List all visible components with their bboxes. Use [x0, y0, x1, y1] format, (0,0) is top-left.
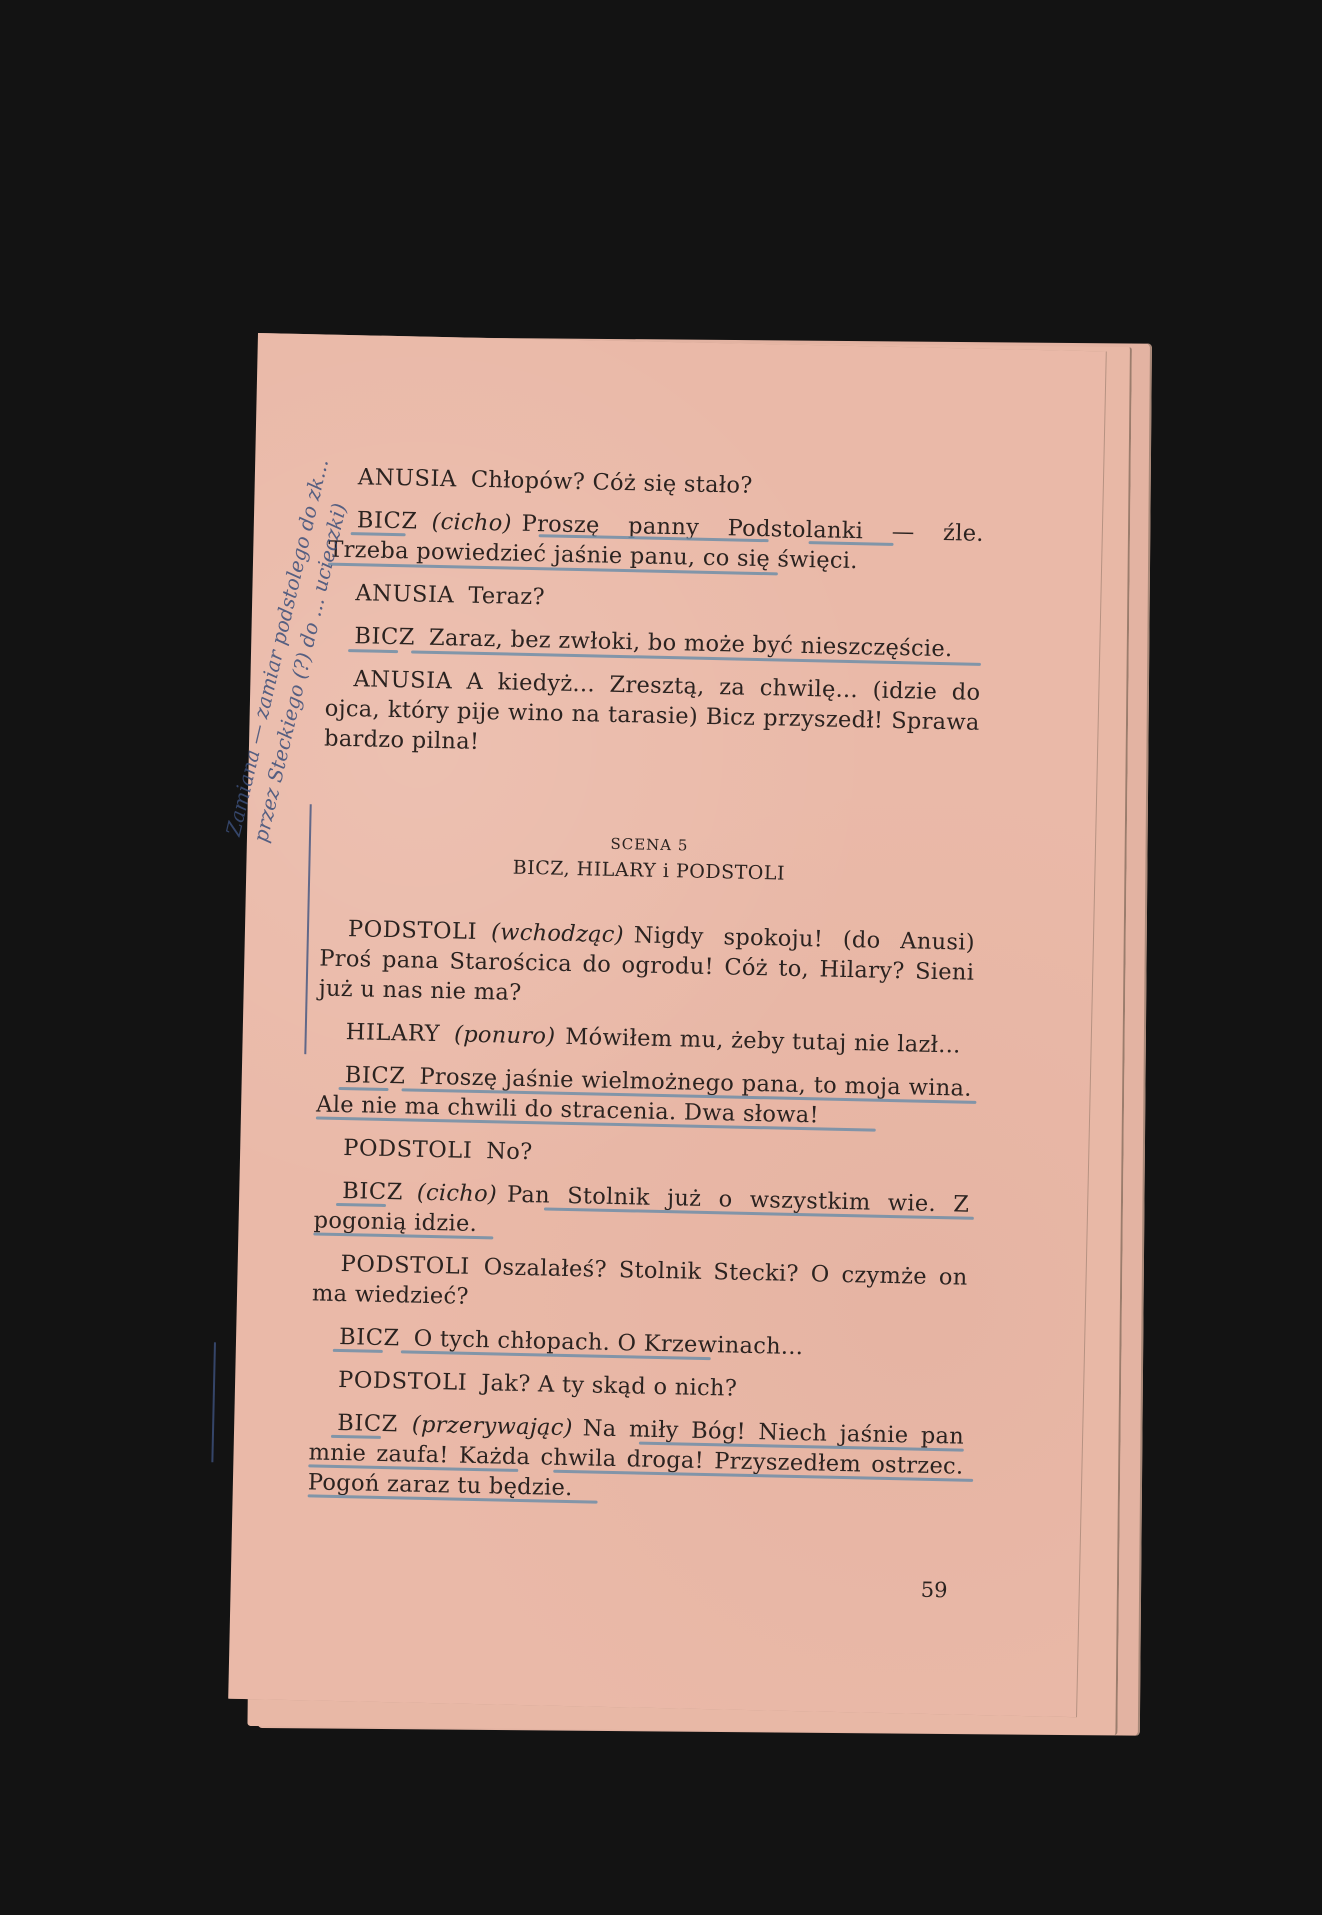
- speech-anusia-3: ANUSIAA kiedyż... Zresztą, za chwilę... …: [324, 664, 981, 768]
- speaker-name: BICZ: [339, 1324, 400, 1351]
- speech-bicz-6: BICZ(przerywając)Na miły Bóg! Niech jaśn…: [308, 1407, 965, 1511]
- speech-text: No?: [486, 1138, 533, 1165]
- speech-text: Jak? A ty skąd o nich?: [481, 1370, 737, 1402]
- scene-heading: SCENA 5 BICZ, HILARY i PODSTOLI: [321, 826, 977, 892]
- pencil-underline: [333, 1349, 383, 1353]
- pencil-underline: [336, 1203, 386, 1207]
- speaker-name: BICZ: [337, 1410, 398, 1437]
- speech-hilary-1: HILARY(ponuro)Mówiłem mu, żeby tutaj nie…: [317, 1016, 972, 1060]
- pencil-underline: [809, 541, 894, 546]
- speaker-name: HILARY: [345, 1019, 440, 1047]
- stage-direction: (cicho): [417, 1180, 498, 1208]
- speech-text: Chłopów? Cóż się stało?: [471, 467, 753, 499]
- speech-bicz-3: BICZProszę jaśnie wielmożnego pana, to m…: [316, 1059, 972, 1133]
- speaker-name: PODSTOLI: [340, 1251, 470, 1280]
- speech-text: Mówiłem mu, żeby tutaj nie lazł...: [565, 1024, 961, 1059]
- pencil-underline: [331, 1435, 381, 1439]
- margin-pen-line: [304, 804, 311, 1054]
- page-number: 59: [920, 1578, 947, 1603]
- speech-text: Teraz?: [468, 583, 545, 611]
- speech-podstoli-4: PODSTOLIJak? A ty skąd o nich?: [310, 1364, 965, 1408]
- speech-podstoli-2: PODSTOLINo?: [315, 1132, 970, 1176]
- speaker-name: BICZ: [345, 1062, 406, 1089]
- speaker-name: ANUSIA: [355, 580, 455, 608]
- speech-text: Na miły Bóg! Niech jaśnie pan mnie zaufa…: [308, 1415, 965, 1501]
- speech-anusia-1: ANUSIAChłopów? Cóż się stało?: [330, 462, 985, 506]
- dialogue-text: ANUSIAChłopów? Cóż się stało? BICZ(cicho…: [307, 462, 985, 1525]
- stage-direction: (cicho): [431, 509, 512, 537]
- speaker-name: BICZ: [354, 623, 415, 650]
- speaker-name: PODSTOLI: [338, 1367, 468, 1396]
- stage-direction: (ponuro): [454, 1021, 556, 1049]
- speech-bicz-1: BICZ(cicho)Proszę panny Podstolanki — źl…: [328, 505, 984, 579]
- stage-direction: (wchodząc): [491, 919, 624, 948]
- speaker-name: BICZ: [342, 1178, 403, 1205]
- margin-pen-line: [211, 1342, 216, 1462]
- speaker-name: PODSTOLI: [348, 916, 478, 945]
- speaker-name: ANUSIA: [353, 666, 453, 694]
- speech-podstoli-1: PODSTOLI(wchodząc)Nigdy spokoju! (do Anu…: [318, 913, 975, 1017]
- pencil-underline: [348, 649, 398, 653]
- book-page: ANUSIAChłopów? Cóż się stało? BICZ(cicho…: [228, 333, 1106, 1717]
- stage-direction: (przerywając): [412, 1412, 573, 1442]
- speaker-name: PODSTOLI: [343, 1135, 473, 1164]
- speech-bicz-5: BICZO tych chłopach. O Krzewinach...: [311, 1321, 966, 1365]
- speech-podstoli-3: PODSTOLIOszalałeś? Stolnik Stecki? O czy…: [312, 1248, 968, 1322]
- speech-anusia-2: ANUSIATeraz?: [327, 578, 982, 622]
- speech-bicz-2: BICZZaraz, bez zwłoki, bo może być niesz…: [326, 621, 981, 665]
- speech-bicz-4: BICZ(cicho)Pan Stolnik już o wszystkim w…: [313, 1175, 969, 1249]
- pencil-underline: [339, 1087, 389, 1091]
